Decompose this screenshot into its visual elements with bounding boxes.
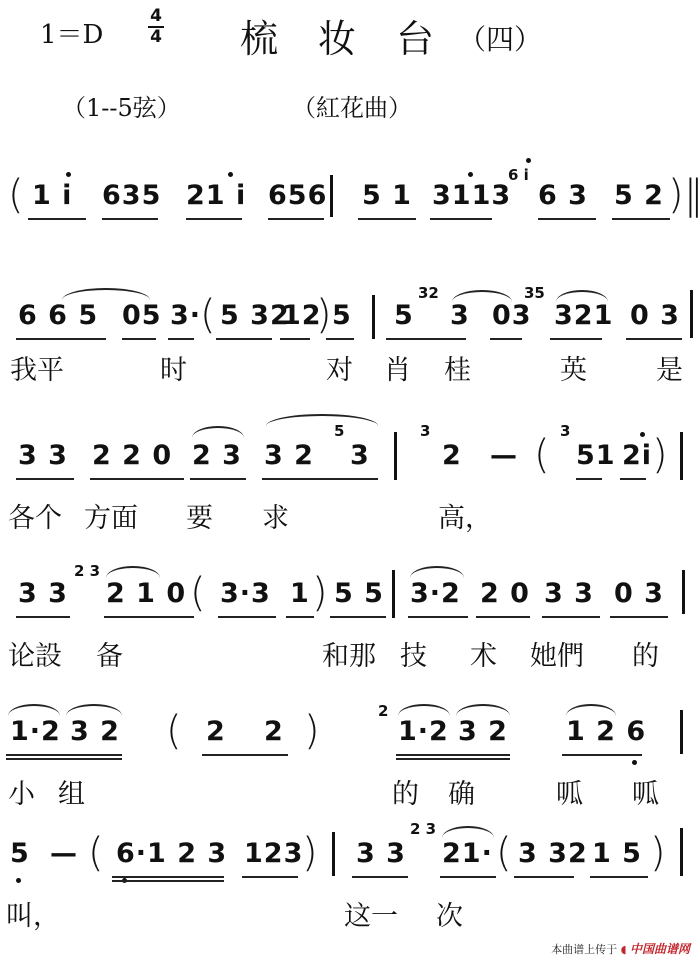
slur-arc [410, 566, 464, 578]
underline-beam [202, 754, 288, 756]
lyric: 呱 [556, 772, 583, 811]
upload-watermark: 本曲谱上传于 ◖ 中国曲谱网 [551, 940, 690, 957]
note-group: 2 2 0 [92, 440, 172, 471]
note-group: 3 2 [264, 440, 314, 471]
watermark-text: 本曲谱上传于 [551, 943, 617, 956]
lyric: 和那 [322, 634, 376, 673]
underline-beam [326, 338, 354, 340]
lyric: 高， [438, 496, 492, 535]
underline-beam [330, 616, 386, 618]
underline-beam [218, 616, 276, 618]
underline-beam [6, 758, 122, 760]
note-group: 21 i [186, 180, 246, 211]
lyric: 叫， [6, 894, 60, 933]
high-octave-dot [526, 158, 531, 163]
underline-beam [396, 754, 510, 756]
note-group: 5 [10, 838, 30, 869]
underline-beam [550, 338, 602, 340]
note-group: 5 5 [334, 578, 384, 609]
underline-beam [262, 478, 378, 480]
bar-line [392, 570, 395, 618]
bar-line [680, 828, 683, 876]
underline-beam [396, 758, 510, 760]
slur-arc [398, 704, 450, 716]
underline-beam [190, 478, 246, 480]
lyric: 桂 [444, 348, 471, 387]
note-group: 3 3 [356, 838, 406, 869]
note-group: 3 [450, 300, 470, 331]
open-paren: ( [166, 708, 182, 754]
grace-note: 2 3 [410, 820, 436, 838]
underline-beam [280, 338, 310, 340]
note-group: 2 [442, 440, 462, 471]
note-group: 3 2 [70, 716, 120, 747]
source-label: （紅花曲） [292, 88, 412, 123]
close-paren: ) [304, 708, 320, 754]
song-title: 梳妆台 [240, 8, 474, 63]
grace-note: 6 i [508, 166, 529, 184]
note-group: 3· [170, 300, 201, 331]
slur-arc [566, 704, 616, 716]
dash: — [50, 838, 78, 869]
lyric: 对 [326, 348, 353, 387]
note-group: 21· [442, 838, 493, 869]
lyric: 肖 [384, 348, 411, 387]
note-group: 2 3 [192, 440, 242, 471]
slur-arc [556, 290, 608, 302]
note-group: 1 5 [592, 838, 642, 869]
close-paren: ) [312, 570, 328, 616]
underline-beam [430, 218, 492, 220]
lyric: 方面 [84, 496, 138, 535]
slur-arc [8, 704, 60, 716]
bar-line [330, 175, 333, 217]
note-group: 3 3 [544, 578, 594, 609]
note-group: 3·2 [410, 578, 461, 609]
underline-beam [6, 754, 122, 756]
underline-beam [104, 616, 194, 618]
grace-note: 3 [560, 422, 570, 440]
lyric: 求 [262, 496, 289, 535]
underline-beam [16, 338, 106, 340]
note-group: 2 0 [480, 578, 530, 609]
underline-beam [352, 876, 408, 878]
slur-arc [62, 288, 150, 300]
note-group: 3 3 [18, 440, 68, 471]
low-octave-dot [16, 878, 21, 883]
lyric: 我平 [10, 348, 64, 387]
underline-beam [358, 218, 416, 220]
underline-beam [490, 338, 522, 340]
slur-arc [66, 704, 122, 716]
underline-beam [112, 880, 224, 882]
note-group: 3113 [432, 180, 511, 211]
underline-beam [538, 218, 596, 220]
bar-line [680, 710, 683, 754]
underline-beam [16, 616, 70, 618]
note-group: 1·2 [10, 716, 61, 747]
grace-note: 35 [524, 284, 545, 302]
grace-note: 2 [378, 702, 388, 720]
lyric: 备 [96, 634, 123, 673]
bar-line [680, 432, 683, 480]
site-logo-text[interactable]: 中国曲谱网 [630, 942, 690, 956]
note-group: 5 [332, 300, 352, 331]
underline-beam [186, 218, 242, 220]
note-group: 635 [102, 180, 161, 211]
tuning-label: （1--5弦） [62, 88, 181, 123]
underline-beam [90, 478, 184, 480]
note-group: 3 2 [458, 716, 508, 747]
close-paren-double-bar: )‖ [668, 172, 700, 218]
lyric: 小 [8, 772, 35, 811]
underline-beam [112, 876, 224, 878]
note-group: 3 [350, 440, 370, 471]
lyric: 次 [436, 894, 463, 933]
high-octave-dot [228, 172, 233, 177]
grace-note: 2 3 [74, 562, 100, 580]
lyric: 组 [58, 772, 85, 811]
lyric: 呱 [632, 772, 659, 811]
note-group: 123 [244, 838, 303, 869]
underline-beam [542, 616, 600, 618]
underline-beam [562, 754, 642, 756]
note-group: 321 [554, 300, 613, 331]
open-paren: ( [88, 830, 104, 876]
note-group: 0 3 [614, 578, 664, 609]
note-group: 5 [394, 300, 414, 331]
underline-beam [386, 338, 466, 340]
lyric: 术 [470, 634, 497, 673]
slur-arc [456, 704, 510, 716]
note-group: 1 2 6 [566, 716, 646, 747]
underline-beam [28, 218, 86, 220]
close-paren: ) [302, 830, 318, 876]
high-octave-dot [66, 172, 71, 177]
lyric: 时 [160, 348, 187, 387]
note-group: 1·2 [398, 716, 449, 747]
note-group: 5 1 [362, 180, 412, 211]
grace-note: 32 [418, 284, 439, 302]
underline-beam [440, 876, 496, 878]
close-paren: ) [650, 830, 666, 876]
note-group: 3 3 [18, 578, 68, 609]
underline-beam [242, 876, 298, 878]
bar-line [682, 570, 685, 614]
song-title-suffix: （四） [458, 18, 542, 58]
high-octave-dot [640, 432, 645, 437]
bar-line [372, 295, 375, 339]
close-paren: ) [316, 292, 332, 338]
high-octave-dot [468, 172, 473, 177]
underline-beam [268, 218, 324, 220]
underline-beam [626, 338, 682, 340]
lyric: 论設 [8, 634, 62, 673]
underline-beam [16, 478, 74, 480]
dash: — [490, 440, 518, 471]
slur-arc [106, 566, 160, 578]
open-paren: ( [190, 570, 206, 616]
open-paren: ( [8, 172, 24, 218]
underline-beam [102, 218, 158, 220]
lyric: 英 [560, 348, 587, 387]
lyric: 的 [392, 772, 419, 811]
site-logo-icon: ◖ [621, 943, 627, 956]
lyric: 是 [656, 348, 683, 387]
key-signature: 1＝D [40, 14, 103, 51]
time-signature: 4 4 [148, 8, 164, 46]
open-paren: ( [496, 830, 512, 876]
note-group: 1 [290, 578, 310, 609]
slur-arc [442, 826, 494, 838]
underline-beam [122, 338, 156, 340]
note-group: 6·1 2 3 [116, 838, 227, 869]
lyric: 这一 [344, 894, 398, 933]
open-paren: ( [200, 292, 216, 338]
lyric: 各个 [8, 496, 62, 535]
slur-arc [266, 414, 378, 426]
underline-beam [476, 616, 530, 618]
time-numerator: 4 [148, 8, 164, 25]
low-octave-dot [632, 760, 637, 765]
note-group: 1 i [32, 180, 72, 211]
note-group: 2 [206, 716, 226, 747]
underline-beam [610, 616, 668, 618]
slur-arc [192, 426, 244, 438]
underline-beam [168, 338, 194, 340]
underline-beam [590, 876, 648, 878]
lyric: 她們 [530, 634, 584, 673]
lyric: 技 [400, 634, 427, 673]
underline-beam [576, 478, 602, 480]
underline-beam [514, 876, 574, 878]
lyric: 要 [186, 496, 213, 535]
note-group: 0 3 [630, 300, 680, 331]
open-paren: ( [534, 432, 550, 478]
note-group: 05 [122, 300, 162, 331]
note-group: 2i [622, 440, 652, 471]
underline-beam [612, 218, 670, 220]
time-denominator: 4 [148, 29, 164, 46]
note-group: 5 2 [614, 180, 664, 211]
grace-note: 3 [420, 422, 430, 440]
note-group: 2 1 0 [106, 578, 186, 609]
note-group: 6 3 [538, 180, 588, 211]
underline-beam [286, 616, 314, 618]
underline-beam [408, 616, 468, 618]
note-group: 2 [264, 716, 284, 747]
note-group: 6 6 5 [18, 300, 98, 331]
note-group: 3·3 [220, 578, 271, 609]
note-group: 51 [576, 440, 616, 471]
underline-beam [216, 338, 272, 340]
lyric: 的 [632, 634, 659, 673]
note-group: 5 32 [220, 300, 290, 331]
bar-line [332, 832, 335, 876]
note-group: 3 32 [518, 838, 588, 869]
note-group: 656 [268, 180, 327, 211]
close-paren: ) [652, 432, 668, 478]
bar-line [690, 290, 693, 338]
lyric: 确 [448, 772, 475, 811]
bar-line [394, 432, 397, 480]
underline-beam [620, 478, 646, 480]
note-group: 03 [492, 300, 532, 331]
